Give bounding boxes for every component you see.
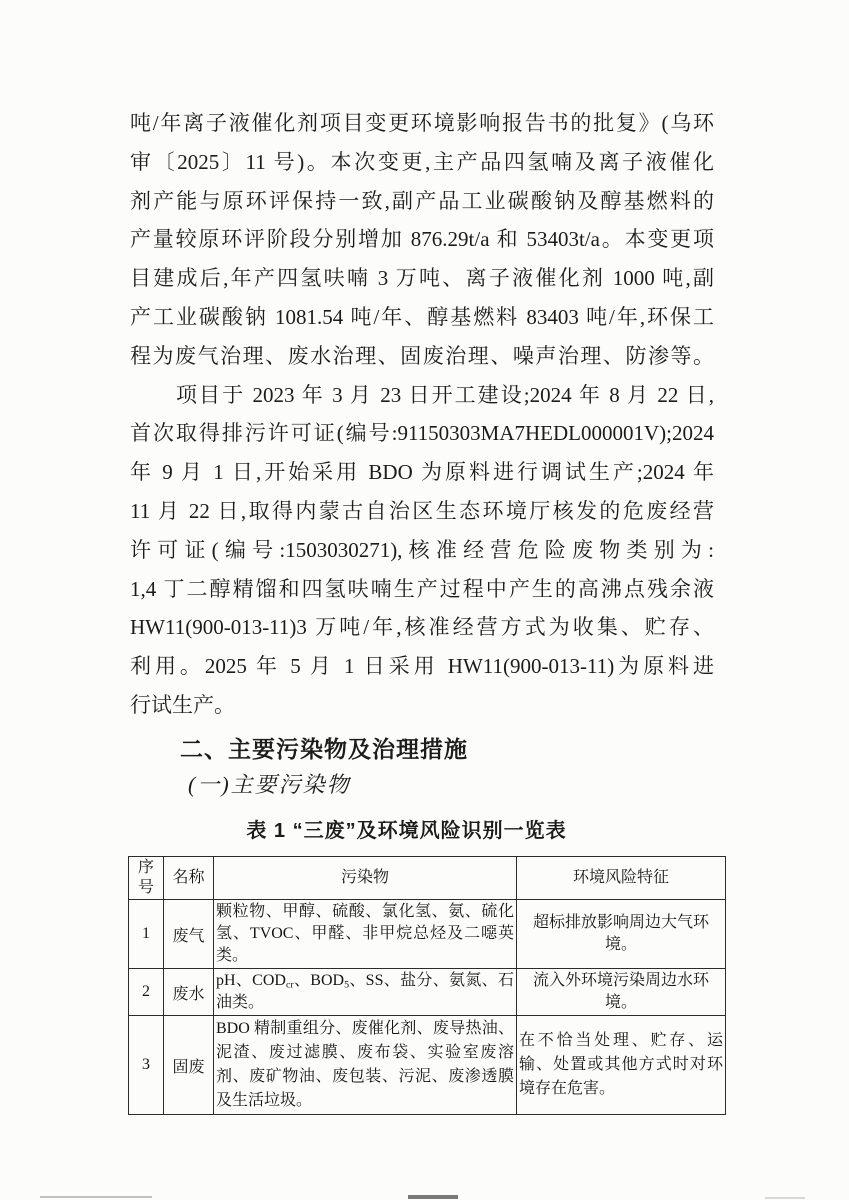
column-header-pollutant: 污染物 [214, 857, 517, 900]
section-subheading: (一)主要污染物 [188, 771, 351, 798]
body-text: 吨/年离子液催化剂项目变更环境影响报告书的批复》(乌环审〔2025〕11 号)。… [130, 104, 714, 725]
body-line: 行试生产。 [130, 686, 714, 725]
pollutant-text: pH、COD [216, 972, 286, 989]
section-heading: 二、主要污染物及治理措施 [180, 736, 468, 763]
body-line: 首次取得排污许可证(编号:91150303MA7HEDL000001V);202… [130, 414, 714, 453]
table-header-row: 序号 名称 污染物 环境风险特征 [129, 857, 726, 900]
column-header-no: 序号 [129, 857, 164, 900]
body-line: 产量较原环评阶段分别增加 876.29t/a 和 53403t/a。本变更项 [130, 220, 714, 259]
body-line: HW11(900-013-11)3 万吨/年,核准经营方式为收集、贮存、 [130, 608, 714, 647]
column-header-risk: 环境风险特征 [517, 857, 726, 900]
body-line: 吨/年离子液催化剂项目变更环境影响报告书的批复》(乌环 [130, 104, 714, 143]
body-line: 年 9 月 1 日,开始采用 BDO 为原料进行调试生产;2024 年 [130, 453, 714, 492]
body-line: 许可证(编号:1503030271),核准经营危险废物类别为: [130, 531, 714, 570]
pollutant-text: 、BOD [294, 972, 344, 989]
body-line: 1,4 丁二醇精馏和四氢呋喃生产过程中产生的高沸点残余液 [130, 570, 714, 609]
table-body: 1废气颗粒物、甲醇、硫酸、氯化氢、氨、硫化氢、TVOC、甲醛、非甲烷总烃及二噁英… [129, 900, 726, 1115]
column-header-name: 名称 [164, 857, 214, 900]
body-line: 11 月 22 日,取得内蒙古自治区生态环境厅核发的危废经营 [130, 492, 714, 531]
cell-risk-feature: 流入外环境污染周边水环境。 [517, 969, 726, 1016]
scan-artifact [408, 1195, 458, 1199]
body-line: 审〔2025〕11 号)。本次变更,主产品四氢喃及离子液催化 [130, 143, 714, 182]
cell-serial-number: 3 [129, 1016, 164, 1115]
table-row: 2废水pH、CODcr、BOD5、SS、盐分、氨氮、石油类。流入外环境污染周边水… [129, 969, 726, 1016]
cell-pollutants: 颗粒物、甲醇、硫酸、氯化氢、氨、硫化氢、TVOC、甲醛、非甲烷总烃及二噁英类。 [214, 900, 517, 969]
table-row: 3固废BDO 精制重组分、废催化剂、废导热油、泥渣、废过滤膜、废布袋、实验室废溶… [129, 1016, 726, 1115]
cell-serial-number: 2 [129, 969, 164, 1016]
body-line: 项目于 2023 年 3 月 23 日开工建设;2024 年 8 月 22 日, [130, 376, 714, 415]
pollutant-text: 颗粒物、甲醇、硫酸、氯化氢、氨、硫化氢、TVOC、甲醛、非甲烷总烃及二噁英类。 [216, 903, 514, 964]
cell-pollutants: BDO 精制重组分、废催化剂、废导热油、泥渣、废过滤膜、废布袋、实验室废溶剂、废… [214, 1016, 517, 1115]
scan-artifact [765, 1197, 805, 1199]
cell-category-name: 废气 [164, 900, 214, 969]
scan-artifact [40, 1196, 152, 1198]
cell-serial-number: 1 [129, 900, 164, 969]
pollutant-text: BDO 精制重组分、废催化剂、废导热油、泥渣、废过滤膜、废布袋、实验室废溶剂、废… [216, 1020, 514, 1109]
cell-pollutants: pH、CODcr、BOD5、SS、盐分、氨氮、石油类。 [214, 969, 517, 1016]
subscript-text: cr [286, 979, 294, 990]
body-line: 利用。2025 年 5 月 1 日采用 HW11(900-013-11)为原料进 [130, 647, 714, 686]
body-line: 剂产能与原环评保持一致,副产品工业碳酸钠及醇基燃料的 [130, 182, 714, 221]
cell-category-name: 废水 [164, 969, 214, 1016]
table-title: 表 1 “三废”及环境风险识别一览表 [108, 819, 705, 844]
cell-risk-feature: 超标排放影响周边大气环境。 [517, 900, 726, 969]
body-line: 目建成后,年产四氢呋喃 3 万吨、离子液催化剂 1000 吨,副 [130, 259, 714, 298]
body-line: 程为废气治理、废水治理、固废治理、噪声治理、防渗等。 [130, 337, 714, 376]
body-line: 产工业碳酸钠 1081.54 吨/年、醇基燃料 83403 吨/年,环保工 [130, 298, 714, 337]
pollutants-table: 序号 名称 污染物 环境风险特征 1废气颗粒物、甲醇、硫酸、氯化氢、氨、硫化氢、… [128, 856, 726, 1115]
cell-risk-feature: 在不恰当处理、贮存、运输、处置或其他方式时对环境存在危害。 [517, 1016, 726, 1115]
cell-category-name: 固废 [164, 1016, 214, 1115]
scanned-document-page: 吨/年离子液催化剂项目变更环境影响报告书的批复》(乌环审〔2025〕11 号)。… [0, 0, 849, 1200]
table-row: 1废气颗粒物、甲醇、硫酸、氯化氢、氨、硫化氢、TVOC、甲醛、非甲烷总烃及二噁英… [129, 900, 726, 969]
